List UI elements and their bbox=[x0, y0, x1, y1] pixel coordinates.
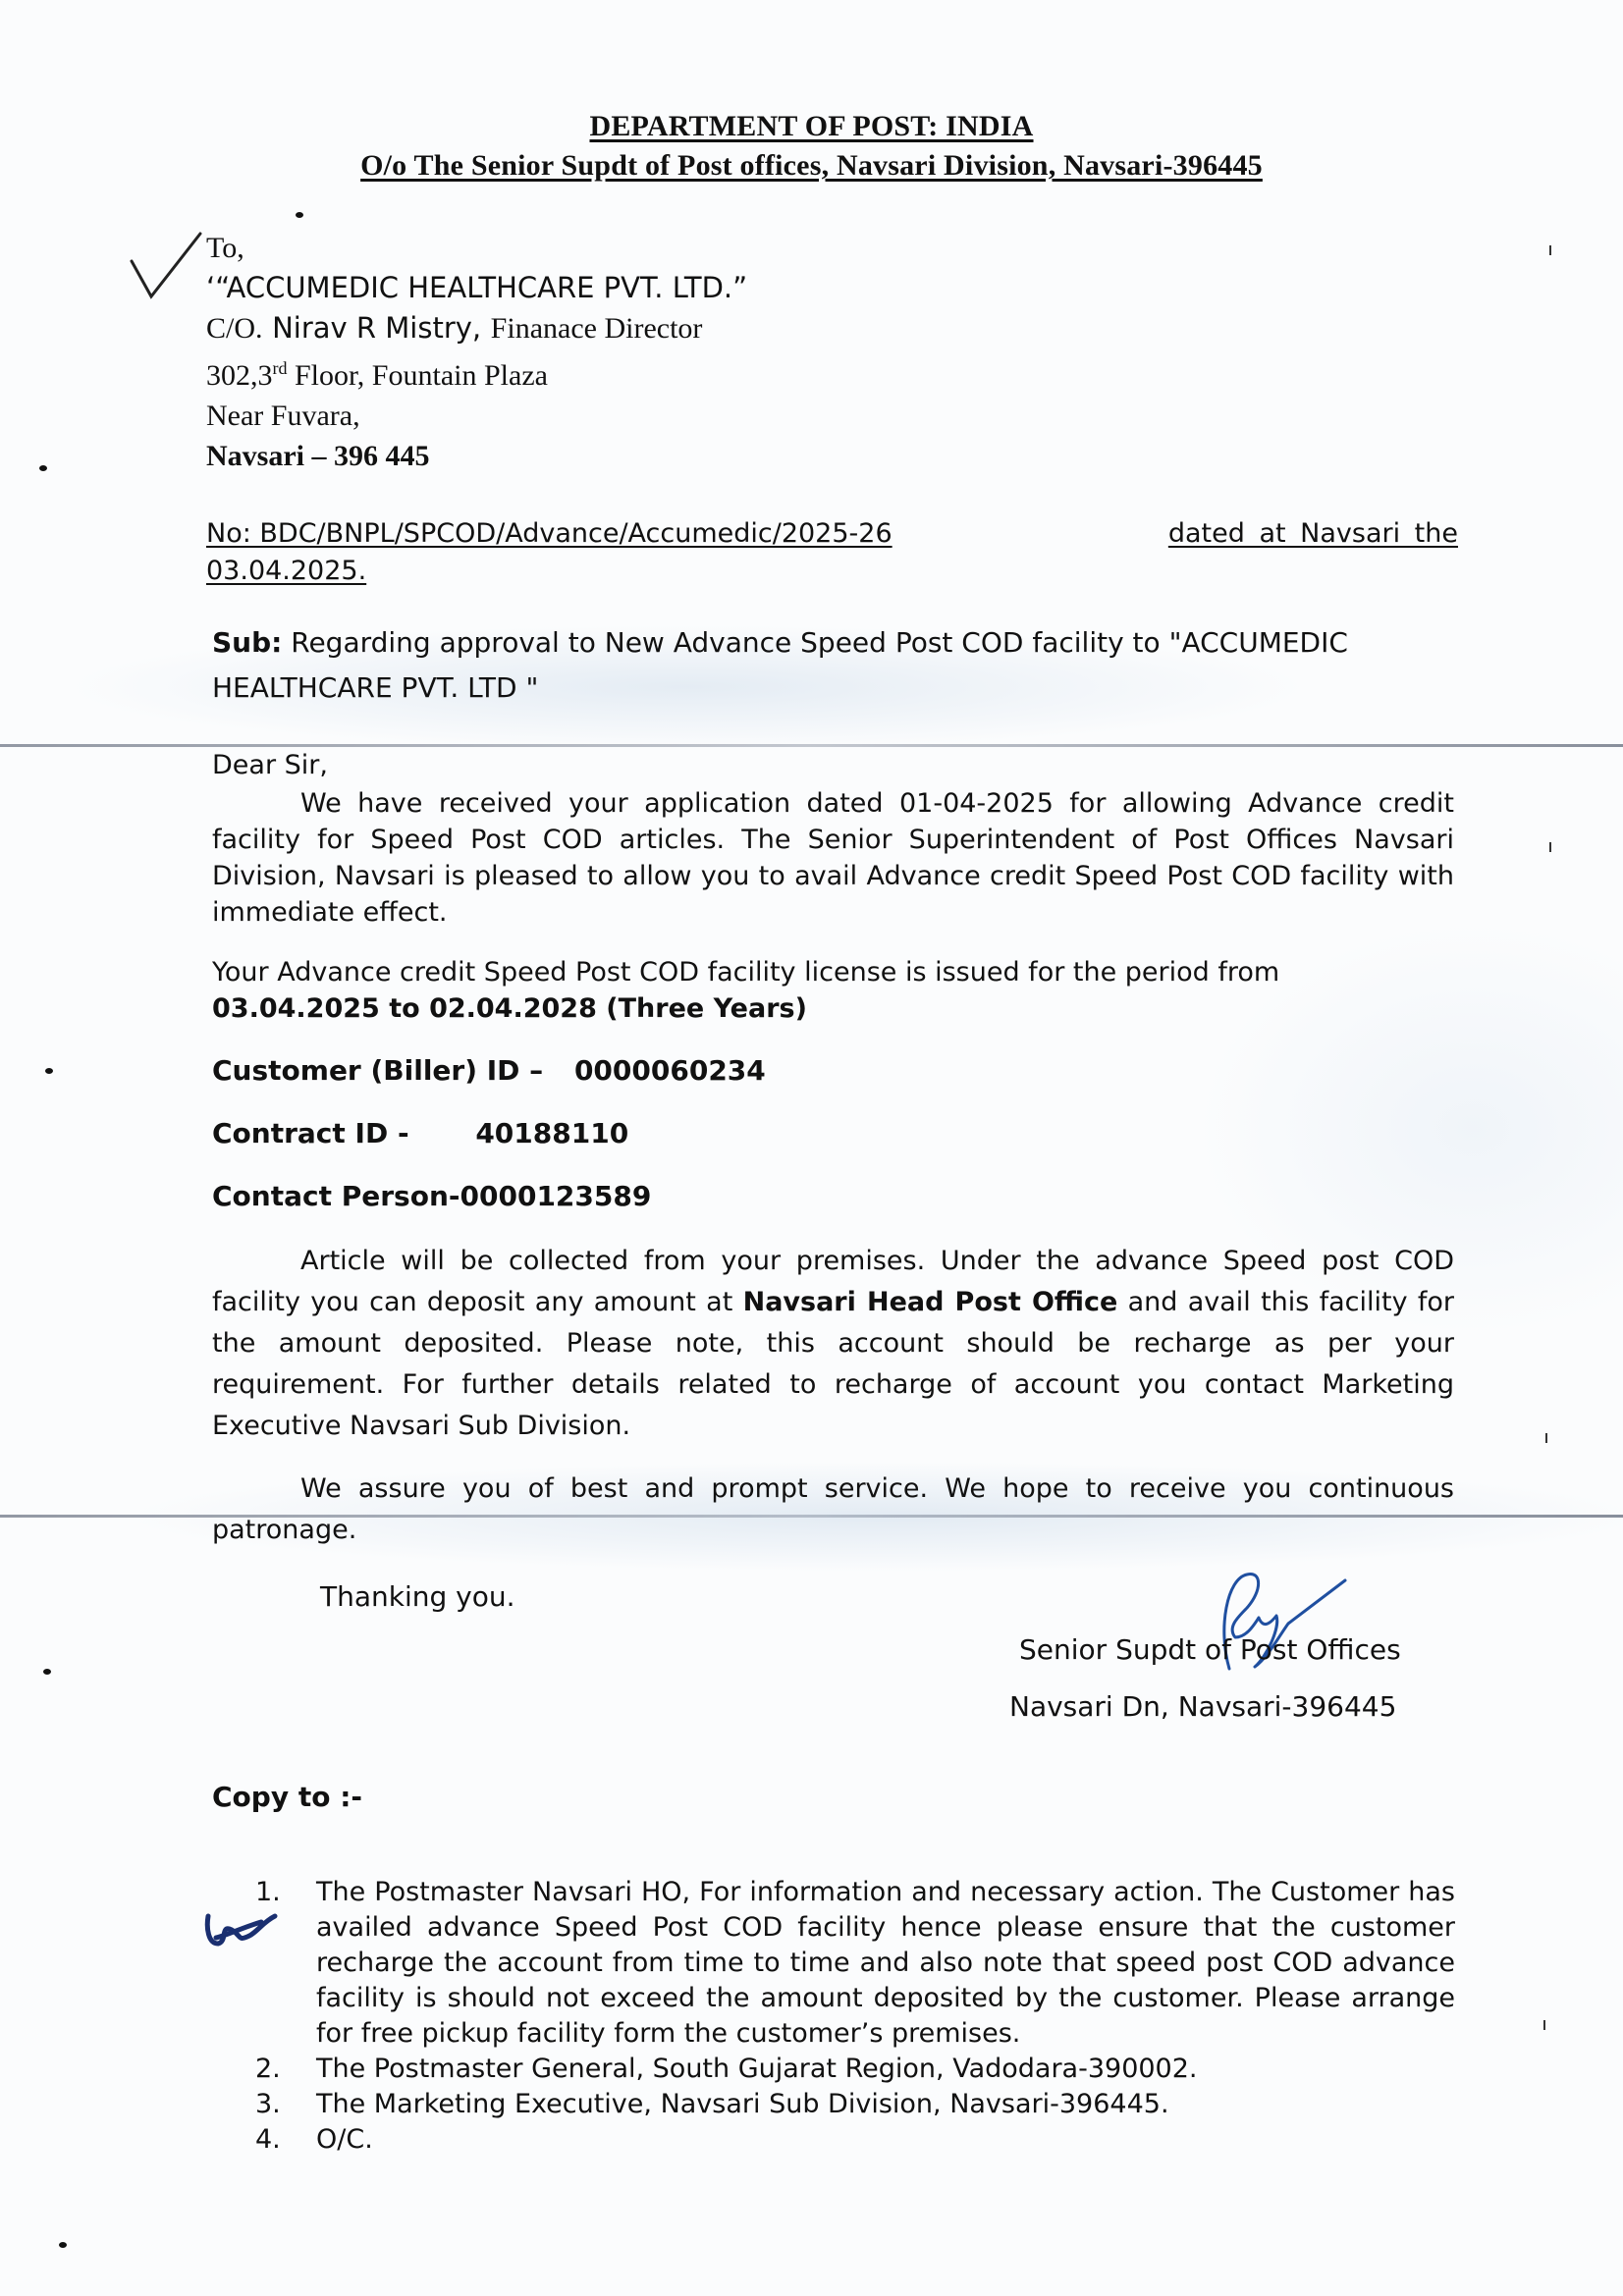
contact-person-row: Contact Person-0000123589 bbox=[212, 1180, 651, 1212]
scan-speck bbox=[59, 2242, 67, 2248]
salutation: Dear Sir, bbox=[212, 750, 328, 780]
head-post-office: Navsari Head Post Office bbox=[743, 1287, 1118, 1317]
scan-speck bbox=[1543, 2020, 1545, 2030]
copy-to-list: 1. The Postmaster Navsari HO, For inform… bbox=[255, 1875, 1455, 2158]
customer-id-value: 0000060234 bbox=[574, 1054, 766, 1087]
contact-person-value: 0000123589 bbox=[460, 1180, 652, 1212]
scan-speck bbox=[1549, 245, 1551, 255]
reference-number: No: BDC/BNPL/SPCOD/Advance/Accumedic/202… bbox=[206, 518, 1168, 549]
reference-dated: dated at Navsari the bbox=[1168, 518, 1458, 549]
scan-speck bbox=[1549, 842, 1551, 852]
paragraph-assurance: We assure you of best and prompt service… bbox=[212, 1468, 1454, 1551]
license-period-text: Your Advance credit Speed Post COD facil… bbox=[212, 954, 1454, 990]
copy-item-number: 3. bbox=[255, 2087, 316, 2122]
office-heading: O/o The Senior Supdt of Post offices, Na… bbox=[0, 149, 1623, 183]
copy-to-item: 3. The Marketing Executive, Navsari Sub … bbox=[255, 2087, 1455, 2122]
contract-id-label: Contract ID - bbox=[212, 1117, 409, 1149]
contract-id-value: 40188110 bbox=[475, 1117, 628, 1149]
contact-person-label: Contact Person- bbox=[212, 1180, 460, 1212]
copy-item-number: 4. bbox=[255, 2122, 316, 2158]
reference-date: 03.04.2025. bbox=[206, 556, 366, 586]
care-of-name: Nirav R Mistry, bbox=[272, 311, 481, 345]
recipient-address: To, ‘“ACCUMEDIC HEALTHCARE PVT. LTD.” C/… bbox=[206, 228, 747, 476]
paper-fold-line bbox=[0, 744, 1623, 747]
subject-line: Sub: Regarding approval to New Advance S… bbox=[212, 620, 1459, 711]
scan-speck bbox=[1545, 1433, 1547, 1443]
copy-item-number: 1. bbox=[255, 1875, 316, 2052]
scan-speck bbox=[39, 465, 47, 471]
address-line3: Navsari – 396 445 bbox=[206, 436, 747, 476]
paragraph-deposit-info: Article will be collected from your prem… bbox=[212, 1241, 1454, 1447]
copy-to-heading: Copy to :- bbox=[212, 1781, 362, 1813]
address-line1-suffix: rd bbox=[273, 358, 288, 378]
care-of-title: Finanace Director bbox=[491, 312, 703, 345]
signatory-title: Senior Supdt of Post Offices bbox=[1019, 1633, 1401, 1666]
recipient-company: ‘“ACCUMEDIC HEALTHCARE PVT. LTD.” bbox=[206, 268, 747, 308]
copy-item-text: The Postmaster Navsari HO, For informati… bbox=[316, 1875, 1455, 2052]
customer-id-label: Customer (Biller) ID – bbox=[212, 1054, 543, 1087]
scan-speck bbox=[43, 1669, 51, 1675]
subject-text: Regarding approval to New Advance Speed … bbox=[212, 626, 1348, 704]
scan-speck bbox=[45, 1068, 53, 1074]
department-heading: DEPARTMENT OF POST: INDIA bbox=[0, 110, 1623, 143]
checkmark-icon bbox=[128, 228, 206, 306]
copy-item-number: 2. bbox=[255, 2052, 316, 2087]
to-label: To, bbox=[206, 228, 747, 268]
address-line2: Near Fuvara, bbox=[206, 396, 747, 436]
contract-id-row: Contract ID - 40188110 bbox=[212, 1117, 628, 1149]
signatory-office: Navsari Dn, Navsari-396445 bbox=[1009, 1690, 1396, 1723]
copy-item-text: The Postmaster General, South Gujarat Re… bbox=[316, 2052, 1455, 2087]
copy-item-text: The Marketing Executive, Navsari Sub Div… bbox=[316, 2087, 1455, 2122]
address-line1-number: 302,3 bbox=[206, 359, 273, 392]
scan-speck bbox=[296, 212, 303, 218]
subject-label: Sub: bbox=[212, 626, 282, 659]
copy-item-text: O/C. bbox=[316, 2122, 1455, 2158]
license-period-dates: 03.04.2025 to 02.04.2028 (Three Years) bbox=[212, 990, 1454, 1027]
paragraph-application: We have received your application dated … bbox=[212, 785, 1454, 931]
care-of-prefix: C/O. bbox=[206, 312, 263, 345]
customer-id-row: Customer (Biller) ID – 0000060234 bbox=[212, 1054, 766, 1087]
copy-to-item: 1. The Postmaster Navsari HO, For inform… bbox=[255, 1875, 1455, 2052]
paragraph-license-period: Your Advance credit Speed Post COD facil… bbox=[212, 954, 1454, 1027]
address-line1-rest: Floor, Fountain Plaza bbox=[288, 359, 548, 392]
copy-to-item: 2. The Postmaster General, South Gujarat… bbox=[255, 2052, 1455, 2087]
copy-to-item: 4. O/C. bbox=[255, 2122, 1455, 2158]
letter-page: DEPARTMENT OF POST: INDIA O/o The Senior… bbox=[0, 0, 1623, 2296]
reference-line: No: BDC/BNPL/SPCOD/Advance/Accumedic/202… bbox=[206, 518, 1458, 549]
closing: Thanking you. bbox=[320, 1580, 515, 1613]
